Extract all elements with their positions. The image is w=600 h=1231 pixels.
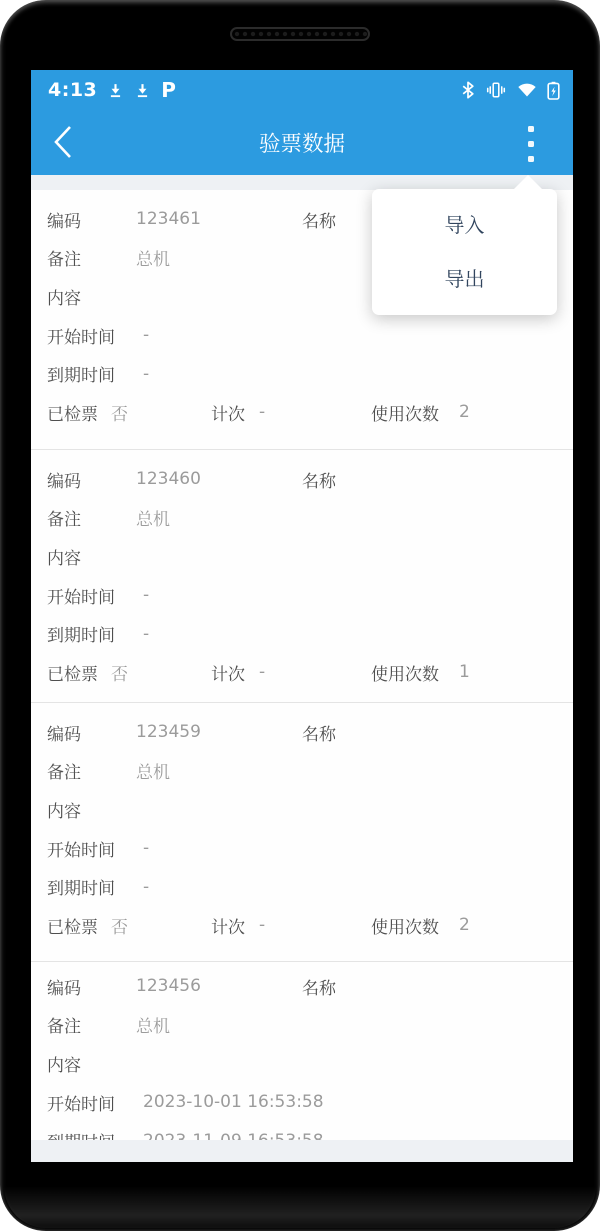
content-label: 内容 [47,284,136,309]
start-time-label: 开始时间 [47,1090,143,1115]
checked-label: 已检票 [47,660,111,685]
remark-value: 总机 [136,1012,170,1037]
checked-value: 否 [111,400,211,425]
checked-value: 否 [111,660,211,685]
count-value: - [259,402,371,422]
content-label: 内容 [47,544,136,569]
dot-icon [528,126,534,132]
end-time-value: - [143,877,149,897]
code-label: 编码 [47,207,136,232]
dot-icon [528,156,534,162]
download-icon [107,82,124,99]
usage-value: 2 [459,915,470,935]
overflow-menu-button[interactable] [528,126,534,162]
start-time-value: - [143,585,149,605]
page: 4:13 P [0,0,600,1231]
end-time-label: 到期时间 [47,1128,143,1140]
end-time-value: - [143,364,149,384]
page-title: 验票数据 [31,127,573,158]
name-label: 名称 [302,720,336,745]
bluetooth-icon [461,81,475,99]
code-label: 编码 [47,467,136,492]
menu-item-import[interactable]: 导入 [372,198,557,252]
count-label: 计次 [211,660,259,685]
count-value: - [259,662,371,682]
code-value: 123461 [136,209,302,229]
ticket-record[interactable]: 编码 123456 名称 备注 总机 内容 开始时间 [31,962,573,1140]
menu-caret [514,175,542,189]
ticket-record[interactable]: 编码 123459 名称 备注 总机 内容 开始时间 [31,703,573,962]
end-time-label: 到期时间 [47,874,143,899]
remark-label: 备注 [47,758,136,783]
start-time-value: - [143,838,149,858]
usage-value: 2 [459,402,470,422]
code-value: 123460 [136,469,302,489]
code-value: 123456 [136,976,302,996]
checked-value: 否 [111,913,211,938]
status-bar: 4:13 P [31,70,573,110]
name-label: 名称 [302,974,336,999]
overflow-dropdown: 导入 导出 [372,189,557,315]
battery-charging-icon [547,81,560,100]
remark-value: 总机 [136,505,170,530]
end-time-label: 到期时间 [47,361,143,386]
speaker-grille [230,27,370,41]
clock: 4:13 [48,79,97,101]
ticket-record[interactable]: 编码 123460 名称 备注 总机 内容 开始时间 [31,450,573,703]
phone-frame: 4:13 P [0,0,600,1231]
start-time-label: 开始时间 [47,836,143,861]
name-label: 名称 [302,467,336,492]
code-value: 123459 [136,722,302,742]
end-time-value: 2023-11-09 16:53:58 [143,1131,324,1140]
content-label: 内容 [47,1051,136,1076]
code-label: 编码 [47,720,136,745]
start-time-label: 开始时间 [47,583,143,608]
content-label: 内容 [47,797,136,822]
menu-item-export[interactable]: 导出 [372,252,557,306]
ticket-list: 编码 123461 名称 备注 总机 内容 开始时间 [31,175,573,1162]
download-icon [134,82,151,99]
remark-value: 总机 [136,245,170,270]
remark-value: 总机 [136,758,170,783]
start-time-value: - [143,325,149,345]
checked-label: 已检票 [47,913,111,938]
count-label: 计次 [211,400,259,425]
vibrate-icon [485,81,507,99]
end-time-value: - [143,624,149,644]
letter-p-icon: P [161,80,176,100]
phone-screen: 4:13 P [31,70,573,1162]
usage-label: 使用次数 [371,913,459,938]
count-value: - [259,915,371,935]
remark-label: 备注 [47,1012,136,1037]
remark-label: 备注 [47,245,136,270]
start-time-label: 开始时间 [47,323,143,348]
usage-value: 1 [459,662,470,682]
usage-label: 使用次数 [371,660,459,685]
nav-bar: 验票数据 [31,110,573,175]
code-label: 编码 [47,974,136,999]
dot-icon [528,141,534,147]
checked-label: 已检票 [47,400,111,425]
usage-label: 使用次数 [371,400,459,425]
start-time-value: 2023-10-01 16:53:58 [143,1092,324,1112]
count-label: 计次 [211,913,259,938]
wifi-icon [517,82,537,98]
remark-label: 备注 [47,505,136,530]
end-time-label: 到期时间 [47,621,143,646]
name-label: 名称 [302,207,336,232]
